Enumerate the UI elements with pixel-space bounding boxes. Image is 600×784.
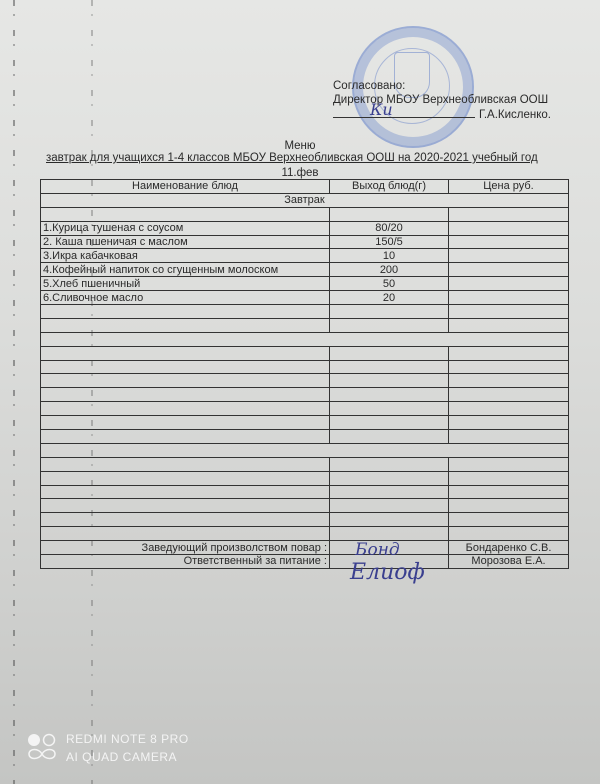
dish-price	[449, 291, 569, 305]
dish-name: 2. Каша пшеничая с маслом	[41, 235, 330, 249]
signature-row: Заведующий произволством повар :Бондарен…	[41, 541, 569, 555]
approval-director: Директор МБОУ Верхнеобливская ООШ	[333, 93, 551, 107]
table-cell	[41, 499, 330, 513]
blank-row	[41, 416, 569, 430]
table-cell	[41, 457, 330, 471]
signatory-name: Бондаренко С.В.	[449, 541, 569, 555]
table-cell	[449, 402, 569, 416]
blank-row	[41, 305, 569, 319]
blank-row	[41, 360, 569, 374]
table-cell	[330, 207, 449, 221]
table-cell	[330, 457, 449, 471]
blank-row	[41, 430, 569, 444]
menu-table: Наименование блюдВыход блюд(г)Цена руб.З…	[40, 179, 569, 569]
table-cell	[41, 443, 569, 457]
dish-yield: 80/20	[330, 221, 449, 235]
table-cell	[41, 305, 330, 319]
table-cell	[330, 374, 449, 388]
scan-artifact-left	[13, 0, 15, 784]
dish-price	[449, 277, 569, 291]
table-cell	[330, 360, 449, 374]
column-header-price: Цена руб.	[449, 180, 569, 194]
table-cell	[41, 332, 569, 346]
dish-price	[449, 235, 569, 249]
table-cell	[41, 513, 330, 527]
dish-yield: 10	[330, 249, 449, 263]
blank-row	[41, 374, 569, 388]
table-cell	[449, 471, 569, 485]
table-cell	[330, 527, 449, 541]
table-cell	[330, 346, 449, 360]
dish-name: 5.Хлеб пшеничный	[41, 277, 330, 291]
table-cell	[449, 430, 569, 444]
table-cell	[41, 527, 330, 541]
blank-row	[41, 388, 569, 402]
table-cell	[449, 499, 569, 513]
table-cell	[41, 416, 330, 430]
table-cell	[449, 388, 569, 402]
table-cell	[449, 207, 569, 221]
dish-name: 1.Курица тушеная с соусом	[41, 221, 330, 235]
signature-role: Заведующий произволством повар :	[41, 541, 330, 555]
dish-yield: 150/5	[330, 235, 449, 249]
table-cell	[330, 471, 449, 485]
table-cell	[41, 346, 330, 360]
table-cell	[41, 374, 330, 388]
table-cell	[330, 305, 449, 319]
table-cell	[330, 485, 449, 499]
menu-item-row: 2. Каша пшеничая с маслом150/5	[41, 235, 569, 249]
table-cell	[330, 499, 449, 513]
table-cell	[449, 305, 569, 319]
table-cell	[41, 485, 330, 499]
director-signature-line	[333, 107, 475, 118]
dish-name: 4.Кофейный напиток со сгущенным молоском	[41, 263, 330, 277]
section-title: Завтрак	[41, 193, 569, 207]
menu-item-row: 6.Сливочное масло20	[41, 291, 569, 305]
column-header-dish: Наименование блюд	[41, 180, 330, 194]
director-signature: Ки	[370, 100, 393, 119]
menu-item-row: 5.Хлеб пшеничный50	[41, 277, 569, 291]
blank-row	[41, 318, 569, 332]
blank-merged-row	[41, 332, 569, 346]
table-cell	[449, 374, 569, 388]
blank-row	[41, 207, 569, 221]
table-cell	[41, 318, 330, 332]
table-cell	[330, 388, 449, 402]
blank-row	[41, 457, 569, 471]
approval-label: Согласовано:	[333, 79, 551, 93]
cook-signature: Бонд	[355, 540, 400, 560]
table-cell	[330, 318, 449, 332]
section-row: Завтрак	[41, 193, 569, 207]
table-cell	[41, 430, 330, 444]
dish-yield: 200	[330, 263, 449, 277]
blank-row	[41, 402, 569, 416]
watermark-line1: REDMI NOTE 8 PRO	[66, 730, 189, 748]
table-cell	[41, 388, 330, 402]
watermark-line2: AI QUAD CAMERA	[66, 748, 189, 766]
table-cell	[330, 430, 449, 444]
camera-logo-icon	[26, 732, 58, 762]
table-cell	[330, 402, 449, 416]
table-cell	[41, 360, 330, 374]
dish-price	[449, 249, 569, 263]
table-cell	[330, 416, 449, 430]
blank-row	[41, 471, 569, 485]
menu-subtitle: завтрак для учащихся 1-4 классов МБОУ Ве…	[46, 152, 538, 164]
blank-row	[41, 527, 569, 541]
menu-item-row: 3.Икра кабачковая10	[41, 249, 569, 263]
column-header-yield: Выход блюд(г)	[330, 180, 449, 194]
signature-role: Ответственный за питание :	[41, 555, 330, 569]
table-cell	[41, 402, 330, 416]
page-title: Меню	[0, 140, 600, 152]
blank-row	[41, 499, 569, 513]
approval-block: Согласовано: Директор МБОУ Верхнеобливск…	[333, 79, 551, 122]
blank-merged-row	[41, 443, 569, 457]
dish-name: 6.Сливочное масло	[41, 291, 330, 305]
blank-row	[41, 485, 569, 499]
blank-row	[41, 346, 569, 360]
table-cell	[449, 485, 569, 499]
blank-row	[41, 513, 569, 527]
table-cell	[41, 471, 330, 485]
dish-name: 3.Икра кабачковая	[41, 249, 330, 263]
menu-date: 11.фев	[0, 167, 600, 179]
menu-item-row: 1.Курица тушеная с соусом80/20	[41, 221, 569, 235]
dish-yield: 50	[330, 277, 449, 291]
menu-item-row: 4.Кофейный напиток со сгущенным молоском…	[41, 263, 569, 277]
table-cell	[449, 513, 569, 527]
table-cell	[449, 527, 569, 541]
table-cell	[449, 457, 569, 471]
responsible-signature: Елиоф	[350, 560, 425, 585]
dish-yield: 20	[330, 291, 449, 305]
table-cell	[449, 416, 569, 430]
table-cell	[449, 346, 569, 360]
table-cell	[41, 207, 330, 221]
header-row: Наименование блюдВыход блюд(г)Цена руб.	[41, 180, 569, 194]
dish-price	[449, 221, 569, 235]
director-name: Г.А.Кисленко.	[479, 109, 551, 121]
table-cell	[449, 318, 569, 332]
table-cell	[330, 513, 449, 527]
dish-price	[449, 263, 569, 277]
table-cell	[449, 360, 569, 374]
signature-row: Ответственный за питание :Морозова Е.А.	[41, 555, 569, 569]
signatory-name: Морозова Е.А.	[449, 555, 569, 569]
